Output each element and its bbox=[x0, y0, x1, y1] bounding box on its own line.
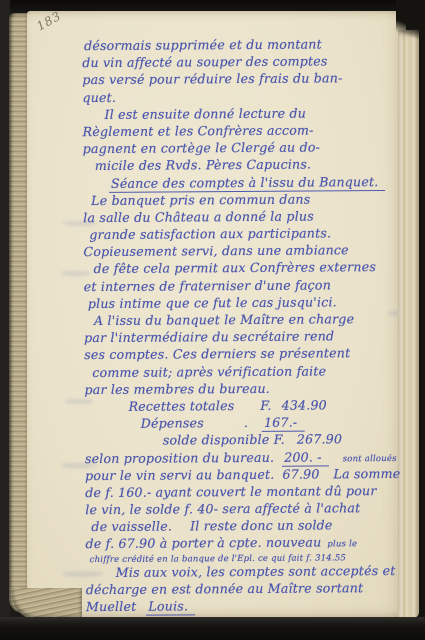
handwritten-line: de fête cela permit aux Confrères extern… bbox=[94, 258, 400, 277]
handwritten-line: Mis aux voix, les comptes sont acceptés … bbox=[116, 562, 402, 581]
text-segment: Il est ensuite donné lecture du bbox=[104, 104, 306, 123]
handwritten-line: pas versé pour réduire les frais du ban- bbox=[82, 69, 398, 88]
text-segment: 434.90 bbox=[282, 396, 327, 414]
handwritten-line: Recettes totalesF.434.90 bbox=[129, 396, 401, 415]
handwritten-line: par l'intermédiaire du secrétaire rend bbox=[84, 327, 400, 346]
handwritten-line: par les membres du bureau. bbox=[84, 379, 400, 398]
text-segment: grande satisfaction aux participants. bbox=[89, 224, 331, 243]
photo-right-edge bbox=[419, 0, 425, 640]
handwritten-line: du vin affecté au souper des comptes bbox=[82, 52, 398, 71]
handwritten-line: la salle du Château a donné la plus bbox=[83, 207, 399, 226]
text-segment: micile des Rvds. Pères Capucins. bbox=[95, 156, 311, 175]
text-segment: plus intime que ce fut le cas jusqu'ici. bbox=[88, 293, 337, 312]
text-segment: 200. - bbox=[282, 448, 329, 467]
handwritten-line: micile des Rvds. Pères Capucins. bbox=[95, 155, 399, 174]
text-segment: Il reste donc un solde bbox=[190, 517, 333, 535]
handwritten-line: et internes de fraterniser d'une façon bbox=[84, 276, 400, 295]
handwritten-line: Séance des comptes à l'issu du Banquet. bbox=[109, 172, 399, 191]
handwritten-line: selon proposition du bureau.200. -sont a… bbox=[85, 447, 401, 466]
handwritten-line: comme suit; après vérification faite bbox=[92, 361, 400, 380]
handwritten-line: A l'issu du banquet le Maître en charge bbox=[94, 310, 400, 329]
handwritten-line: plus intime que ce fut le cas jusqu'ici. bbox=[88, 293, 400, 312]
text-segment: Copieusement servi, dans une ambiance bbox=[83, 242, 348, 261]
handwritten-line: le vin, le solde f. 40- sera affecté à l… bbox=[85, 499, 401, 518]
handwritten-line: pagnent en cortège le Clergé au do- bbox=[83, 138, 399, 157]
handwritten-line: Le banquet pris en commun dans bbox=[91, 190, 399, 209]
book-page-stack-bottom bbox=[12, 588, 82, 620]
handwritten-line: Règlement et les Confrères accom- bbox=[83, 121, 399, 140]
text-segment: quet. bbox=[82, 88, 116, 105]
handwritten-line: décharge en est donnée au Maître sortant bbox=[86, 579, 402, 598]
handwritten-line: Dépenses.167.- bbox=[141, 413, 401, 432]
text-segment: selon proposition du bureau. bbox=[85, 448, 274, 467]
text-segment: désormais supprimée et du montant bbox=[84, 35, 322, 54]
text-segment: décharge en est donnée au Maître sortant bbox=[86, 579, 364, 598]
text-segment: de f. 160.- ayant couvert le montant dû … bbox=[85, 482, 376, 501]
text-segment: du vin affecté au souper des comptes bbox=[82, 53, 328, 72]
text-segment: le vin, le solde f. 40- sera affecté à l… bbox=[85, 499, 360, 518]
text-segment: pour le vin servi au banquet. bbox=[85, 465, 275, 484]
text-segment: Règlement et les Confrères accom- bbox=[83, 121, 314, 140]
text-segment: Louis. bbox=[146, 597, 195, 616]
handwritten-line: Il est ensuite donné lecture du bbox=[104, 104, 398, 123]
handwritten-line: grande satisfaction aux participants. bbox=[89, 224, 399, 243]
text-segment: F. bbox=[260, 397, 271, 414]
handwritten-line: MuelletLouis. bbox=[86, 596, 402, 615]
handwritten-line: désormais supprimée et du montant bbox=[84, 35, 398, 54]
text-segment: 267.90 bbox=[297, 431, 342, 449]
text-segment: La somme bbox=[333, 465, 400, 483]
text-segment: comme suit; après vérification faite bbox=[92, 362, 326, 381]
text-segment: et internes de fraterniser d'une façon bbox=[84, 276, 331, 295]
handwritten-line: de f. 67.90 à porter à cpte. nouveauplus… bbox=[85, 533, 401, 552]
photo-of-manuscript: { "colors": { "ink": "#4d58ae", "paper":… bbox=[0, 0, 425, 640]
text-segment: par l'intermédiaire du secrétaire rend bbox=[84, 328, 334, 347]
cover-corner-shadow bbox=[396, 0, 425, 44]
handwritten-line: Copieusement servi, dans une ambiance bbox=[83, 241, 399, 260]
text-segment: de fête cela permit aux Confrères extern… bbox=[94, 259, 377, 278]
handwriting-block: désormais supprimée et du montantdu vin … bbox=[82, 35, 402, 615]
handwritten-line: de f. 160.- ayant couvert le montant dû … bbox=[85, 482, 401, 501]
text-segment: Dépenses bbox=[141, 414, 204, 432]
handwritten-line: ses comptes. Ces derniers se présentent bbox=[84, 344, 400, 363]
handwritten-line: quet. bbox=[82, 86, 398, 105]
text-segment: Séance des comptes à l'issu du Banquet. bbox=[109, 172, 386, 192]
text-segment: par les membres du bureau. bbox=[84, 380, 270, 398]
text-segment: 67.90 bbox=[282, 465, 319, 482]
text-segment: pagnent en cortège le Clergé au do- bbox=[83, 139, 320, 158]
photo-bottom-band bbox=[0, 617, 425, 640]
text-segment: Mis aux voix, les comptes sont acceptés … bbox=[116, 562, 396, 581]
handwritten-line: pour le vin servi au banquet.67.90La som… bbox=[85, 465, 401, 484]
text-segment: Recettes totales bbox=[129, 397, 235, 415]
text-segment: pas versé pour réduire les frais du ban- bbox=[82, 70, 342, 89]
text-segment: solde disponible F. bbox=[163, 431, 285, 449]
text-segment: Le banquet pris en commun dans bbox=[91, 190, 310, 209]
text-segment: A l'issu du banquet le Maître en charge bbox=[94, 310, 354, 329]
text-segment: ses comptes. Ces derniers se présentent bbox=[84, 345, 350, 364]
handwritten-line: solde disponible F.267.90 bbox=[163, 430, 401, 449]
text-segment: la salle du Château a donné la plus bbox=[83, 207, 314, 226]
text-segment: Muellet bbox=[86, 598, 137, 616]
text-segment: de f. 67.90 à porter à cpte. nouveau bbox=[85, 534, 321, 553]
text-segment: . bbox=[244, 414, 248, 431]
handwritten-line: de vaisselle.Il reste donc un solde bbox=[91, 516, 401, 535]
text-segment: de vaisselle. bbox=[91, 518, 172, 536]
text-segment: 167.- bbox=[262, 414, 304, 432]
